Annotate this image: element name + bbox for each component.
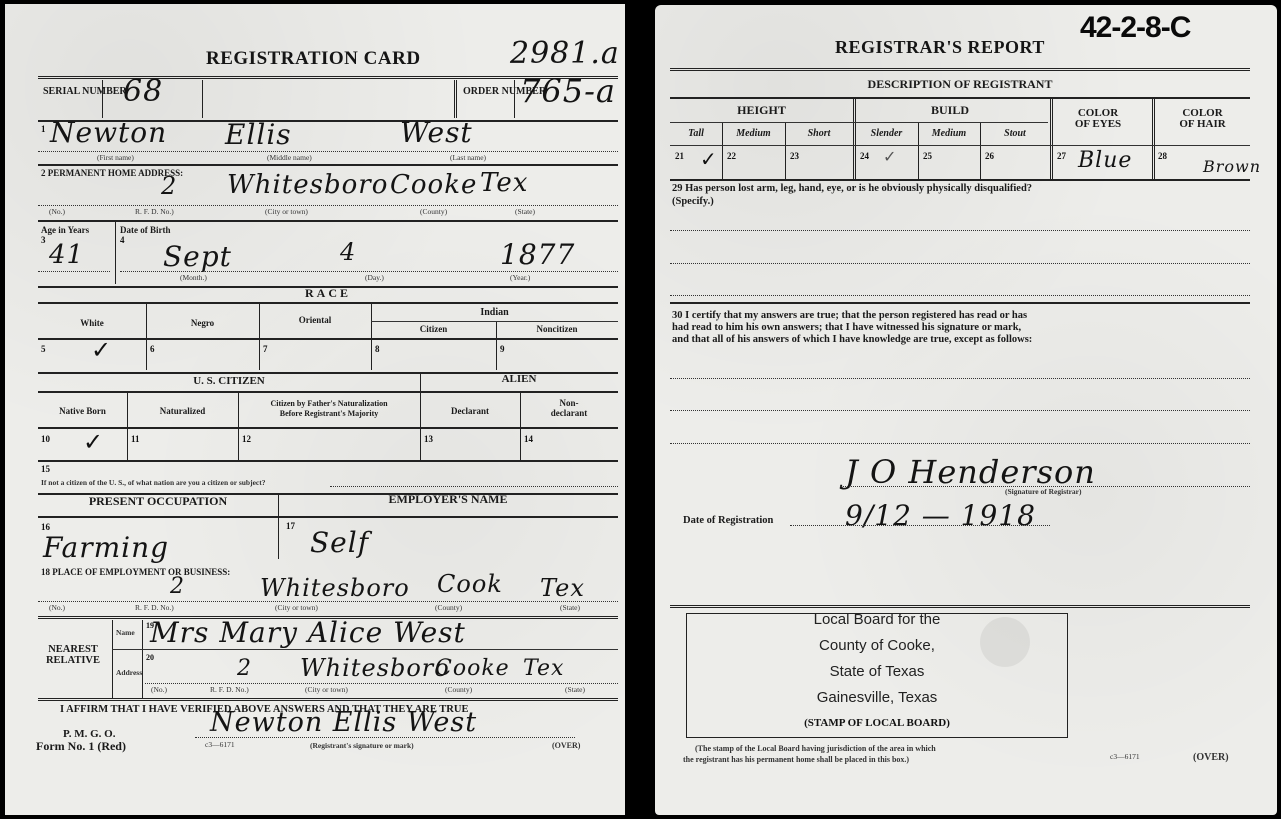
home-address-rfd: 2 bbox=[161, 172, 177, 200]
home-address-city: Whitesboro bbox=[227, 170, 388, 200]
registrars-report-card: REGISTRAR'S REPORT 42-2-8-C DESCRIPTION … bbox=[655, 5, 1277, 815]
age-value: 41 bbox=[49, 240, 84, 270]
serial-number-label: SERIAL NUMBER bbox=[43, 86, 98, 97]
registrant-signature: Newton Ellis West bbox=[210, 707, 477, 738]
employment-city: Whitesboro bbox=[260, 574, 410, 602]
faded-seal-icon bbox=[980, 617, 1030, 667]
employment-county: Cook bbox=[437, 570, 503, 598]
order-number-label: ORDER NUMBER bbox=[463, 86, 511, 97]
registration-card: REGISTRATION CARD 2981.a SERIAL NUMBER 6… bbox=[5, 4, 625, 815]
build-slender-check: ✓ bbox=[883, 147, 896, 166]
home-address-state: Tex bbox=[480, 168, 528, 198]
dob-day: 4 bbox=[340, 238, 356, 266]
stamp-code: 42-2-8-C bbox=[1080, 11, 1190, 45]
last-name: West bbox=[400, 116, 473, 149]
relative-name: Mrs Mary Alice West bbox=[150, 616, 466, 649]
order-number-value: 765-a bbox=[520, 72, 616, 110]
middle-name: Ellis bbox=[225, 118, 292, 151]
serial-number-value: 68 bbox=[123, 74, 163, 109]
employment-state: Tex bbox=[540, 574, 585, 602]
occupation-value: Farming bbox=[43, 531, 169, 564]
relative-county: Cooke bbox=[435, 656, 510, 681]
eye-color-value: Blue bbox=[1078, 148, 1132, 173]
relative-city: Whitesboro bbox=[300, 654, 450, 682]
race-white-check: ✓ bbox=[91, 336, 111, 364]
dob-year: 1877 bbox=[500, 238, 575, 271]
dob-month: Sept bbox=[163, 240, 232, 273]
employer-value: Self bbox=[310, 526, 369, 559]
card-number: 2981.a bbox=[510, 36, 620, 71]
native-born-check: ✓ bbox=[83, 428, 103, 456]
report-title: REGISTRAR'S REPORT bbox=[835, 37, 1045, 58]
registration-date: 9/12 — 1918 bbox=[845, 499, 1036, 532]
card-title: REGISTRATION CARD bbox=[206, 48, 421, 70]
hair-color-value: Brown bbox=[1203, 157, 1261, 176]
race-header: RACE bbox=[38, 288, 618, 299]
home-address-county: Cooke bbox=[390, 170, 477, 200]
relative-state: Tex bbox=[523, 656, 564, 681]
first-name: Newton bbox=[50, 116, 167, 149]
height-tall-check: ✓ bbox=[700, 147, 717, 171]
